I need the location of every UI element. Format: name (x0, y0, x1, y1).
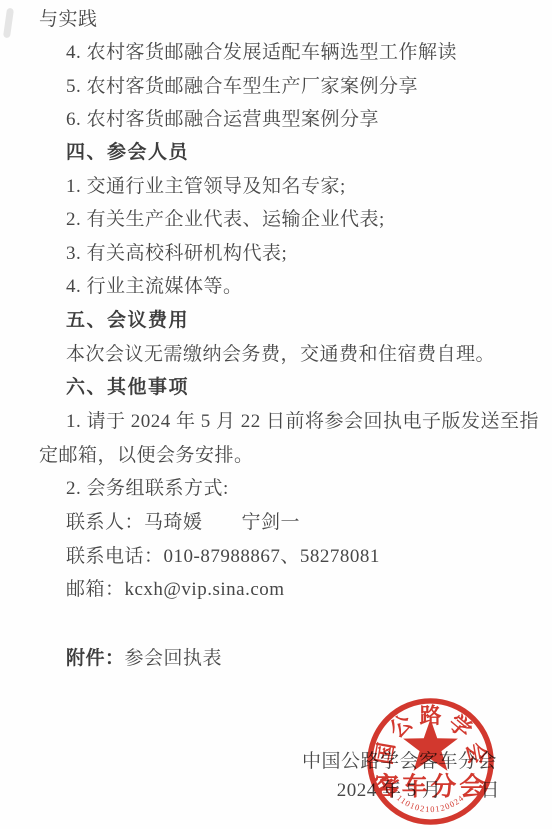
other-item-1-line-1: 1. 请于 2024 年 5 月 22 日前将参会回执电子版发送至指 (39, 405, 522, 439)
agenda-item: 6. 农村客货邮融合运营典型案例分享 (39, 103, 522, 137)
seal-rim-char: 国 (372, 741, 399, 767)
attachment-value: 参会回执表 (125, 648, 223, 669)
fees-body: 本次会议无需缴纳会务费，交通费和住宿费自理。 (39, 338, 522, 372)
contact-person-line: 联系人：马琦媛 宁剑一 (39, 506, 522, 540)
section-heading-fees: 五、会议费用 (39, 304, 522, 338)
seal-rim-char: 路 (420, 703, 442, 728)
attachment-label: 附件： (66, 648, 125, 669)
contact-phone-line: 联系电话：010-87988867、58278081 (39, 540, 522, 574)
scan-smudge (3, 8, 14, 39)
section-heading-participants: 四、参会人员 (39, 136, 522, 170)
agenda-item: 4. 农村客货邮融合发展适配车辆选型工作解读 (39, 36, 522, 70)
participant-item: 4. 行业主流媒体等。 (39, 270, 522, 304)
seal-inner-text: 客车分会 (373, 771, 488, 801)
attachment-line: 附件：参会回执表 (39, 642, 522, 676)
participant-item: 1. 交通行业主管领导及知名专家; (39, 170, 522, 204)
agenda-item: 5. 农村客货邮融合车型生产厂家案例分享 (39, 70, 522, 104)
seal-rim-char: 会 (462, 741, 490, 767)
document-page: 与实践 4. 农村客货邮融合发展适配车辆选型工作解读 5. 农村客货邮融合车型生… (0, 0, 552, 829)
contact-email-line: 邮箱：kcxh@vip.sina.com (39, 573, 522, 607)
official-seal-stamp: 中 国 公 路 学 会 客车分会 11010210120024 (364, 695, 497, 828)
other-item-2: 2. 会务组联系方式: (39, 472, 522, 506)
participant-item: 3. 有关高校科研机构代表; (39, 237, 522, 271)
participant-item: 2. 有关生产企业代表、运输企业代表; (39, 203, 522, 237)
other-item-1-line-2: 定邮箱，以便会务安排。 (39, 439, 522, 473)
paragraph-continuation: 与实践 (39, 3, 522, 37)
section-heading-other: 六、其他事项 (39, 371, 522, 405)
